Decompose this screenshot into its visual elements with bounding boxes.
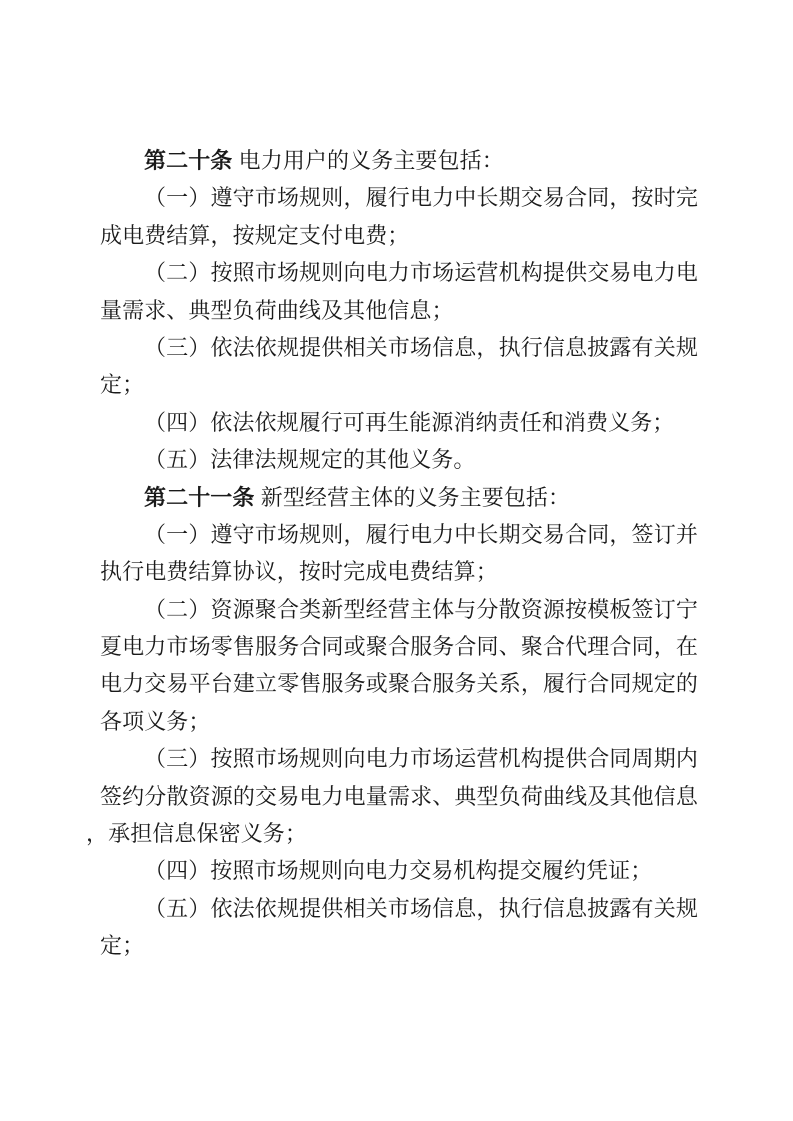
text-line: 执行电费结算协议，按时完成电费结算； bbox=[100, 553, 698, 590]
line-text: （三）按照市场规则向电力市场运营机构提供合同周期内 bbox=[144, 746, 698, 771]
line-text: （五）法律法规规定的其他义务。 bbox=[144, 447, 476, 472]
text-line: （四）依法依规履行可再生能源消纳责任和消费义务； bbox=[100, 404, 698, 441]
article-number: 第二十条 bbox=[144, 148, 239, 173]
text-line: （二）按照市场规则向电力市场运营机构提供交易电力电 bbox=[100, 254, 698, 291]
line-text: 各项义务； bbox=[100, 709, 211, 734]
line-text: 夏电力市场零售服务合同或聚合服务合同、聚合代理合同，在 bbox=[100, 634, 698, 659]
line-text: 量需求、典型负荷曲线及其他信息； bbox=[100, 298, 454, 323]
text-line: （五）依法依规提供相关市场信息，执行信息披露有关规 bbox=[100, 890, 698, 927]
text-line: 成电费结算，按规定支付电费； bbox=[100, 217, 698, 254]
line-text: 成电费结算，按规定支付电费； bbox=[100, 223, 409, 248]
line-text: 新型经营主体的义务主要包括： bbox=[261, 485, 570, 510]
text-line: （五）法律法规规定的其他义务。 bbox=[100, 441, 698, 478]
text-line: 第二十条 电力用户的义务主要包括： bbox=[100, 142, 698, 179]
text-line: 定； bbox=[100, 366, 698, 403]
line-text: （五）依法依规提供相关市场信息，执行信息披露有关规 bbox=[144, 896, 698, 921]
text-line: 电力交易平台建立零售服务或聚合服务关系，履行合同规定的 bbox=[100, 665, 698, 702]
line-text: （一）遵守市场规则，履行电力中长期交易合同，签订并 bbox=[144, 522, 698, 547]
text-line: （三）依法依规提供相关市场信息，执行信息披露有关规 bbox=[100, 329, 698, 366]
text-line: （二）资源聚合类新型经营主体与分散资源按模板签订宁 bbox=[100, 591, 698, 628]
line-text: 电力交易平台建立零售服务或聚合服务关系，履行合同规定的 bbox=[100, 671, 698, 696]
line-text: （二）资源聚合类新型经营主体与分散资源按模板签订宁 bbox=[144, 597, 698, 622]
line-text: （一）遵守市场规则，履行电力中长期交易合同，按时完 bbox=[144, 185, 698, 210]
line-text: 执行电费结算协议，按时完成电费结算； bbox=[100, 559, 498, 584]
line-text: ，承担信息保密义务； bbox=[86, 821, 307, 846]
line-text: 定； bbox=[100, 933, 144, 958]
line-text: 定； bbox=[100, 372, 144, 397]
text-line: 夏电力市场零售服务合同或聚合服务合同、聚合代理合同，在 bbox=[100, 628, 698, 665]
text-line: （一）遵守市场规则，履行电力中长期交易合同，按时完 bbox=[100, 179, 698, 216]
text-line: 签约分散资源的交易电力电量需求、典型负荷曲线及其他信息 bbox=[100, 778, 698, 815]
text-line: 第二十一条 新型经营主体的义务主要包括： bbox=[100, 479, 698, 516]
text-line: （四）按照市场规则向电力交易机构提交履约凭证； bbox=[100, 852, 698, 889]
line-text: （四）依法依规履行可再生能源消纳责任和消费义务； bbox=[144, 410, 674, 435]
text-line: 各项义务； bbox=[100, 703, 698, 740]
document-page: 第二十条 电力用户的义务主要包括：（一）遵守市场规则，履行电力中长期交易合同，按… bbox=[0, 0, 793, 1121]
text-line: 定； bbox=[100, 927, 698, 964]
line-text: （三）依法依规提供相关市场信息，执行信息披露有关规 bbox=[144, 335, 698, 360]
line-text: 电力用户的义务主要包括： bbox=[239, 148, 504, 173]
text-line: （三）按照市场规则向电力市场运营机构提供合同周期内 bbox=[100, 740, 698, 777]
text-line: ，承担信息保密义务； bbox=[86, 815, 698, 852]
line-text: （二）按照市场规则向电力市场运营机构提供交易电力电 bbox=[144, 260, 698, 285]
article-number: 第二十一条 bbox=[144, 485, 261, 510]
text-line: （一）遵守市场规则，履行电力中长期交易合同，签订并 bbox=[100, 516, 698, 553]
document-body: 第二十条 电力用户的义务主要包括：（一）遵守市场规则，履行电力中长期交易合同，按… bbox=[100, 142, 698, 965]
text-line: 量需求、典型负荷曲线及其他信息； bbox=[100, 292, 698, 329]
line-text: 签约分散资源的交易电力电量需求、典型负荷曲线及其他信息 bbox=[100, 784, 698, 809]
line-text: （四）按照市场规则向电力交易机构提交履约凭证； bbox=[144, 858, 652, 883]
